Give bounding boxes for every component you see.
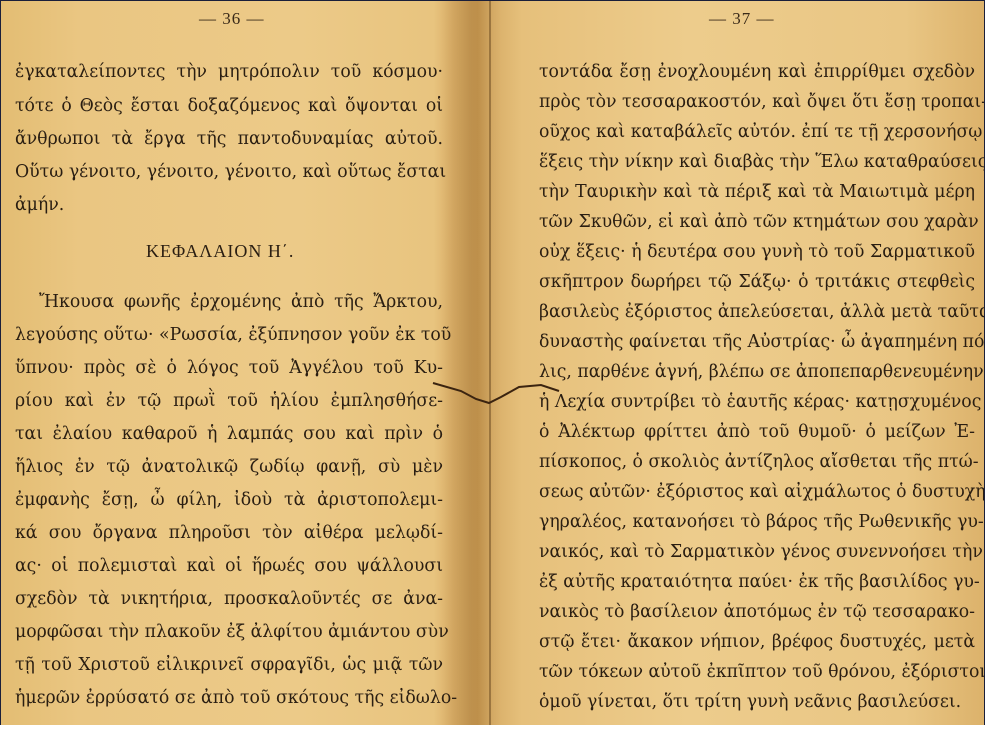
text-line: ἐξ αὐτῆς κραταιότητα παύει· ἐκ τῆς βασιλ… xyxy=(539,574,975,591)
scan-margin xyxy=(0,725,985,731)
text-line: ἐγκαταλείποντες τὴν μητρόπολιν τοῦ κόσμο… xyxy=(15,64,443,81)
text-line: σεως αὐτῶν· ἐξόριστος καὶ αἰχμάλωτος ὁ δ… xyxy=(539,484,975,501)
text-line: Οὕτω γένοιτο, γένοιτο, γένοιτο, καὶ οὕτω… xyxy=(15,164,443,181)
text-line: σκῆπτρον δωρήρει τῷ Σάξῳ· ὁ τριτάκις στε… xyxy=(539,274,975,291)
text-line: ἡμερῶν ἐρρύσατό σε ἀπὸ τοῦ σκότους τῆς ε… xyxy=(15,690,443,707)
text-line: τότε ὁ Θεὸς ἔσται δοξαζόμενος καὶ ὄψοντα… xyxy=(15,98,443,115)
page-number: — 36 — xyxy=(199,9,265,29)
text-line: γηραλέος, κατανοήσει τὸ βάρος τῆς Ρωθενι… xyxy=(539,514,975,531)
chapter-heading: ΚΕΦΑΛΑΙΟΝ Η΄. xyxy=(146,241,294,262)
text-line: λεγούσης οὕτω· «Ρωσσία, ἐξύπνησον γοῦν ἐ… xyxy=(15,327,443,344)
text-line: ἀμήν. xyxy=(15,197,443,214)
scanned-book-spread: — 36 — ἐγκαταλείποντες τὴν μητρόπολιν το… xyxy=(0,0,985,727)
text-line: ἄνθρωποι τὰ ἔργα τῆς παντοδυναμίας αὐτοῦ… xyxy=(15,131,443,148)
text-line: πίσκοπος, ὁ σκολιὸς ἀντίζηλος αἴσθεται τ… xyxy=(539,454,975,471)
text-line: ας· οἱ πολεμισταὶ καὶ οἱ ἥρωές σου ψάλλο… xyxy=(15,558,443,575)
text-line: τοντάδα ἔσῃ ἐνοχλουμένη καὶ ἐπιρρίθμει σ… xyxy=(539,64,975,81)
text-line: Ἤκουσα φωνῆς ἐρχομένης ἀπὸ τῆς Ἄρκτου, xyxy=(15,294,443,311)
page-number: — 37 — xyxy=(709,9,775,29)
text-line: τῶν τόκεων αὐτοῦ ἐκπῖπτον τοῦ θρόνου, ἐξ… xyxy=(539,664,975,681)
text-line: πρὸς τὸν τεσσαρακοστόν, καὶ ὄψει ὅτι ἔσῃ… xyxy=(539,94,975,111)
text-line: οῦχος καὶ καταβάλεῖς αὐτόν. ἐπί τε τῇ χε… xyxy=(539,124,975,141)
text-line: μορφῶσαι τὴν πλακοῦν ἐξ ἀλφίτου ἀμιάντου… xyxy=(15,624,443,641)
text-line: τῶν Σκυθῶν, εἰ καὶ ἀπὸ τῶν κτημάτων σου … xyxy=(539,214,975,231)
text-line: οὐχ ἕξεις· ἡ δευτέρα σου γυνὴ τὸ τοῦ Σαρ… xyxy=(539,244,975,261)
text-line: ναικὸς τὸ βασίλειον ἀποτόμως ἐν τῷ τεσσα… xyxy=(539,604,975,621)
book-spine-fold xyxy=(489,1,491,726)
text-line: βασιλεὺς ἐξόριστος ἀπελεύσεται, ἀλλὰ μετ… xyxy=(539,304,975,321)
text-line: λις, παρθένε ἁγνή, βλέπω σε ἀποπεπαρθενε… xyxy=(539,364,975,381)
text-line: στῷ ἔτει· ἄκακον νήπιον, βρέφος δυστυχές… xyxy=(539,634,975,651)
text-line: ἥλιος ἐν τῷ ἀνατολικῷ ζωδίῳ φανῇ, σὺ μὲν xyxy=(15,459,443,476)
text-line: ἕξεις τὴν νίκην καὶ διαβὰς τὴν Ἕλω καταθ… xyxy=(539,154,975,171)
text-line: ναικός, καὶ τὸ Σαρματικὸν γένος συνεννοή… xyxy=(539,544,975,561)
text-line: δυναστὴς φαίνεται τῆς Αὐστρίας· ὦ ἀγαπημ… xyxy=(539,334,975,351)
text-line: τὴν Ταυρικὴν καὶ τὰ πέριξ καὶ τὰ Μαιωτιμ… xyxy=(539,184,975,201)
page-36: — 36 — ἐγκαταλείποντες τὴν μητρόπολιν το… xyxy=(1,1,471,726)
text-line: ται ἐλαίου καθαροῦ ἡ λαμπάς σου καὶ πρὶν… xyxy=(15,426,443,443)
text-line: ἐμφανὴς ἔσῃ, ὦ φίλη, ἰδοὺ τὰ ἀριστοπολεμ… xyxy=(15,492,443,509)
text-line: ὁ Ἀλέκτωρ φρίττει ἀπὸ τοῦ θυμοῦ· ὁ μείζω… xyxy=(539,424,975,441)
text-line: ὁμοῦ γίνεται, ὅτι τρίτη γυνὴ νεᾶνις βασι… xyxy=(539,694,975,711)
text-line: ὕπνου· πρὸς σὲ ὁ λόγος τοῦ Ἀγγέλου τοῦ Κ… xyxy=(15,360,443,377)
page-37: — 37 — τοντάδα ἔσῃ ἐνοχλουμένη καὶ ἐπιρρ… xyxy=(501,1,985,726)
text-line: ρίου καὶ ἐν τῷ πρωῒ τοῦ ἡλίου ἐμπλησθήσε… xyxy=(15,393,443,410)
text-line: κά σου ὄργανα πληροῦσι τὸν αἰθέρα μελῳδί… xyxy=(15,525,443,542)
text-line: τῇ τοῦ Χριστοῦ εἰλικρινεῖ σφραγῖδι, ὡς μ… xyxy=(15,657,443,674)
text-line: ἡ Λεχία συντρίβει τὸ ἑαυτῆς κέρας· κατῃσ… xyxy=(539,394,975,411)
text-line: σχεδὸν τὰ νικητήρια, προσκαλοῦντές σε ἀν… xyxy=(15,591,443,608)
